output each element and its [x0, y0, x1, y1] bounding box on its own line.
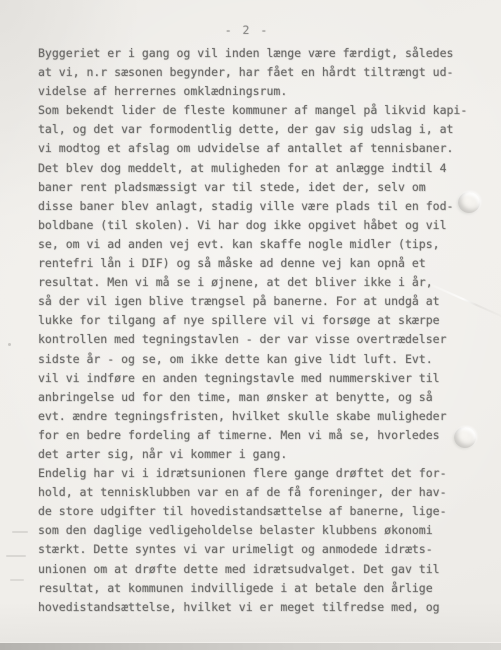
text-line: Som bekendt lider de fleste kommuner af …	[38, 101, 487, 120]
text-line: kontrollen med tegningstavlen - der var …	[38, 330, 487, 349]
page-bottom-edge	[0, 642, 501, 650]
text-line: tal, og det var formodentlig dette, der …	[38, 120, 487, 139]
paper-speck	[12, 531, 28, 533]
text-line: Det blev dog meddelt, at muligheden for …	[38, 159, 487, 178]
text-line: det arter sig, når vi kommer i gang.	[38, 445, 487, 464]
text-line: disse baner blev anlagt, stadig ville væ…	[38, 197, 487, 216]
text-line: lukke for tilgang af nye spillere vil vi…	[38, 311, 487, 330]
text-line: Byggeriet er i gang og vil inden længe v…	[38, 44, 487, 63]
text-line: hold, at tennisklubben var en af de få f…	[38, 483, 487, 502]
text-line: resultat. Men vi må se i øjnene, at det …	[38, 273, 487, 292]
text-line: videlse af herrernes omklædningsrum.	[38, 82, 487, 101]
text-line: hovedistandsættelse, hvilket vi er meget…	[38, 598, 487, 617]
text-line: baner rent pladsmæssigt var til stede, i…	[38, 178, 487, 197]
text-line: for en bedre fordeling af timerne. Men v…	[38, 426, 487, 445]
text-line: de store udgifter til hovedistandsættels…	[38, 502, 487, 521]
text-line: vi modtog et afslag om udvidelse af anta…	[38, 139, 487, 158]
fastener-emboss	[454, 427, 476, 448]
text-line: se, om vi ad anden vej evt. kan skaffe n…	[38, 235, 487, 254]
text-line: unionen om at drøfte dette med idrætsudv…	[38, 560, 487, 579]
text-line: vil vi indføre en anden tegningstavle me…	[38, 369, 487, 388]
text-line: evt. ændre tegningsfristen, hvilket skul…	[38, 407, 487, 426]
text-line: at vi, n.r sæsonen begynder, har fået en…	[38, 63, 487, 82]
text-line: sidste år - og se, om ikke dette kan giv…	[38, 350, 487, 369]
text-line: så der vil igen blive trængsel på banern…	[38, 292, 487, 311]
text-line: resultat, at kommunen indvilligede i at …	[38, 579, 487, 598]
paper-speck	[6, 555, 26, 557]
text-line: Endelig har vi i idrætsunionen flere gan…	[38, 464, 487, 483]
text-line: anbringelse ud for den time, man ønsker …	[38, 388, 487, 407]
text-line: stærkt. Dette syntes vi var urimeligt og…	[38, 540, 487, 559]
fastener-emboss	[458, 192, 480, 213]
paper-speck	[10, 579, 24, 581]
page-number: - 2 -	[0, 23, 494, 37]
scanned-document-page: - 2 - Byggeriet er i gang og vil inden l…	[0, 0, 501, 650]
paper-speck	[8, 343, 11, 346]
text-line: som den daglige vedligeholdelse belaster…	[38, 521, 487, 540]
text-line: rentefri lån i DIF) og så måske ad denne…	[38, 254, 487, 273]
document-body-text: Byggeriet er i gang og vil inden længe v…	[38, 44, 487, 617]
text-line: boldbane (til skolen). Vi har dog ikke o…	[38, 216, 487, 235]
